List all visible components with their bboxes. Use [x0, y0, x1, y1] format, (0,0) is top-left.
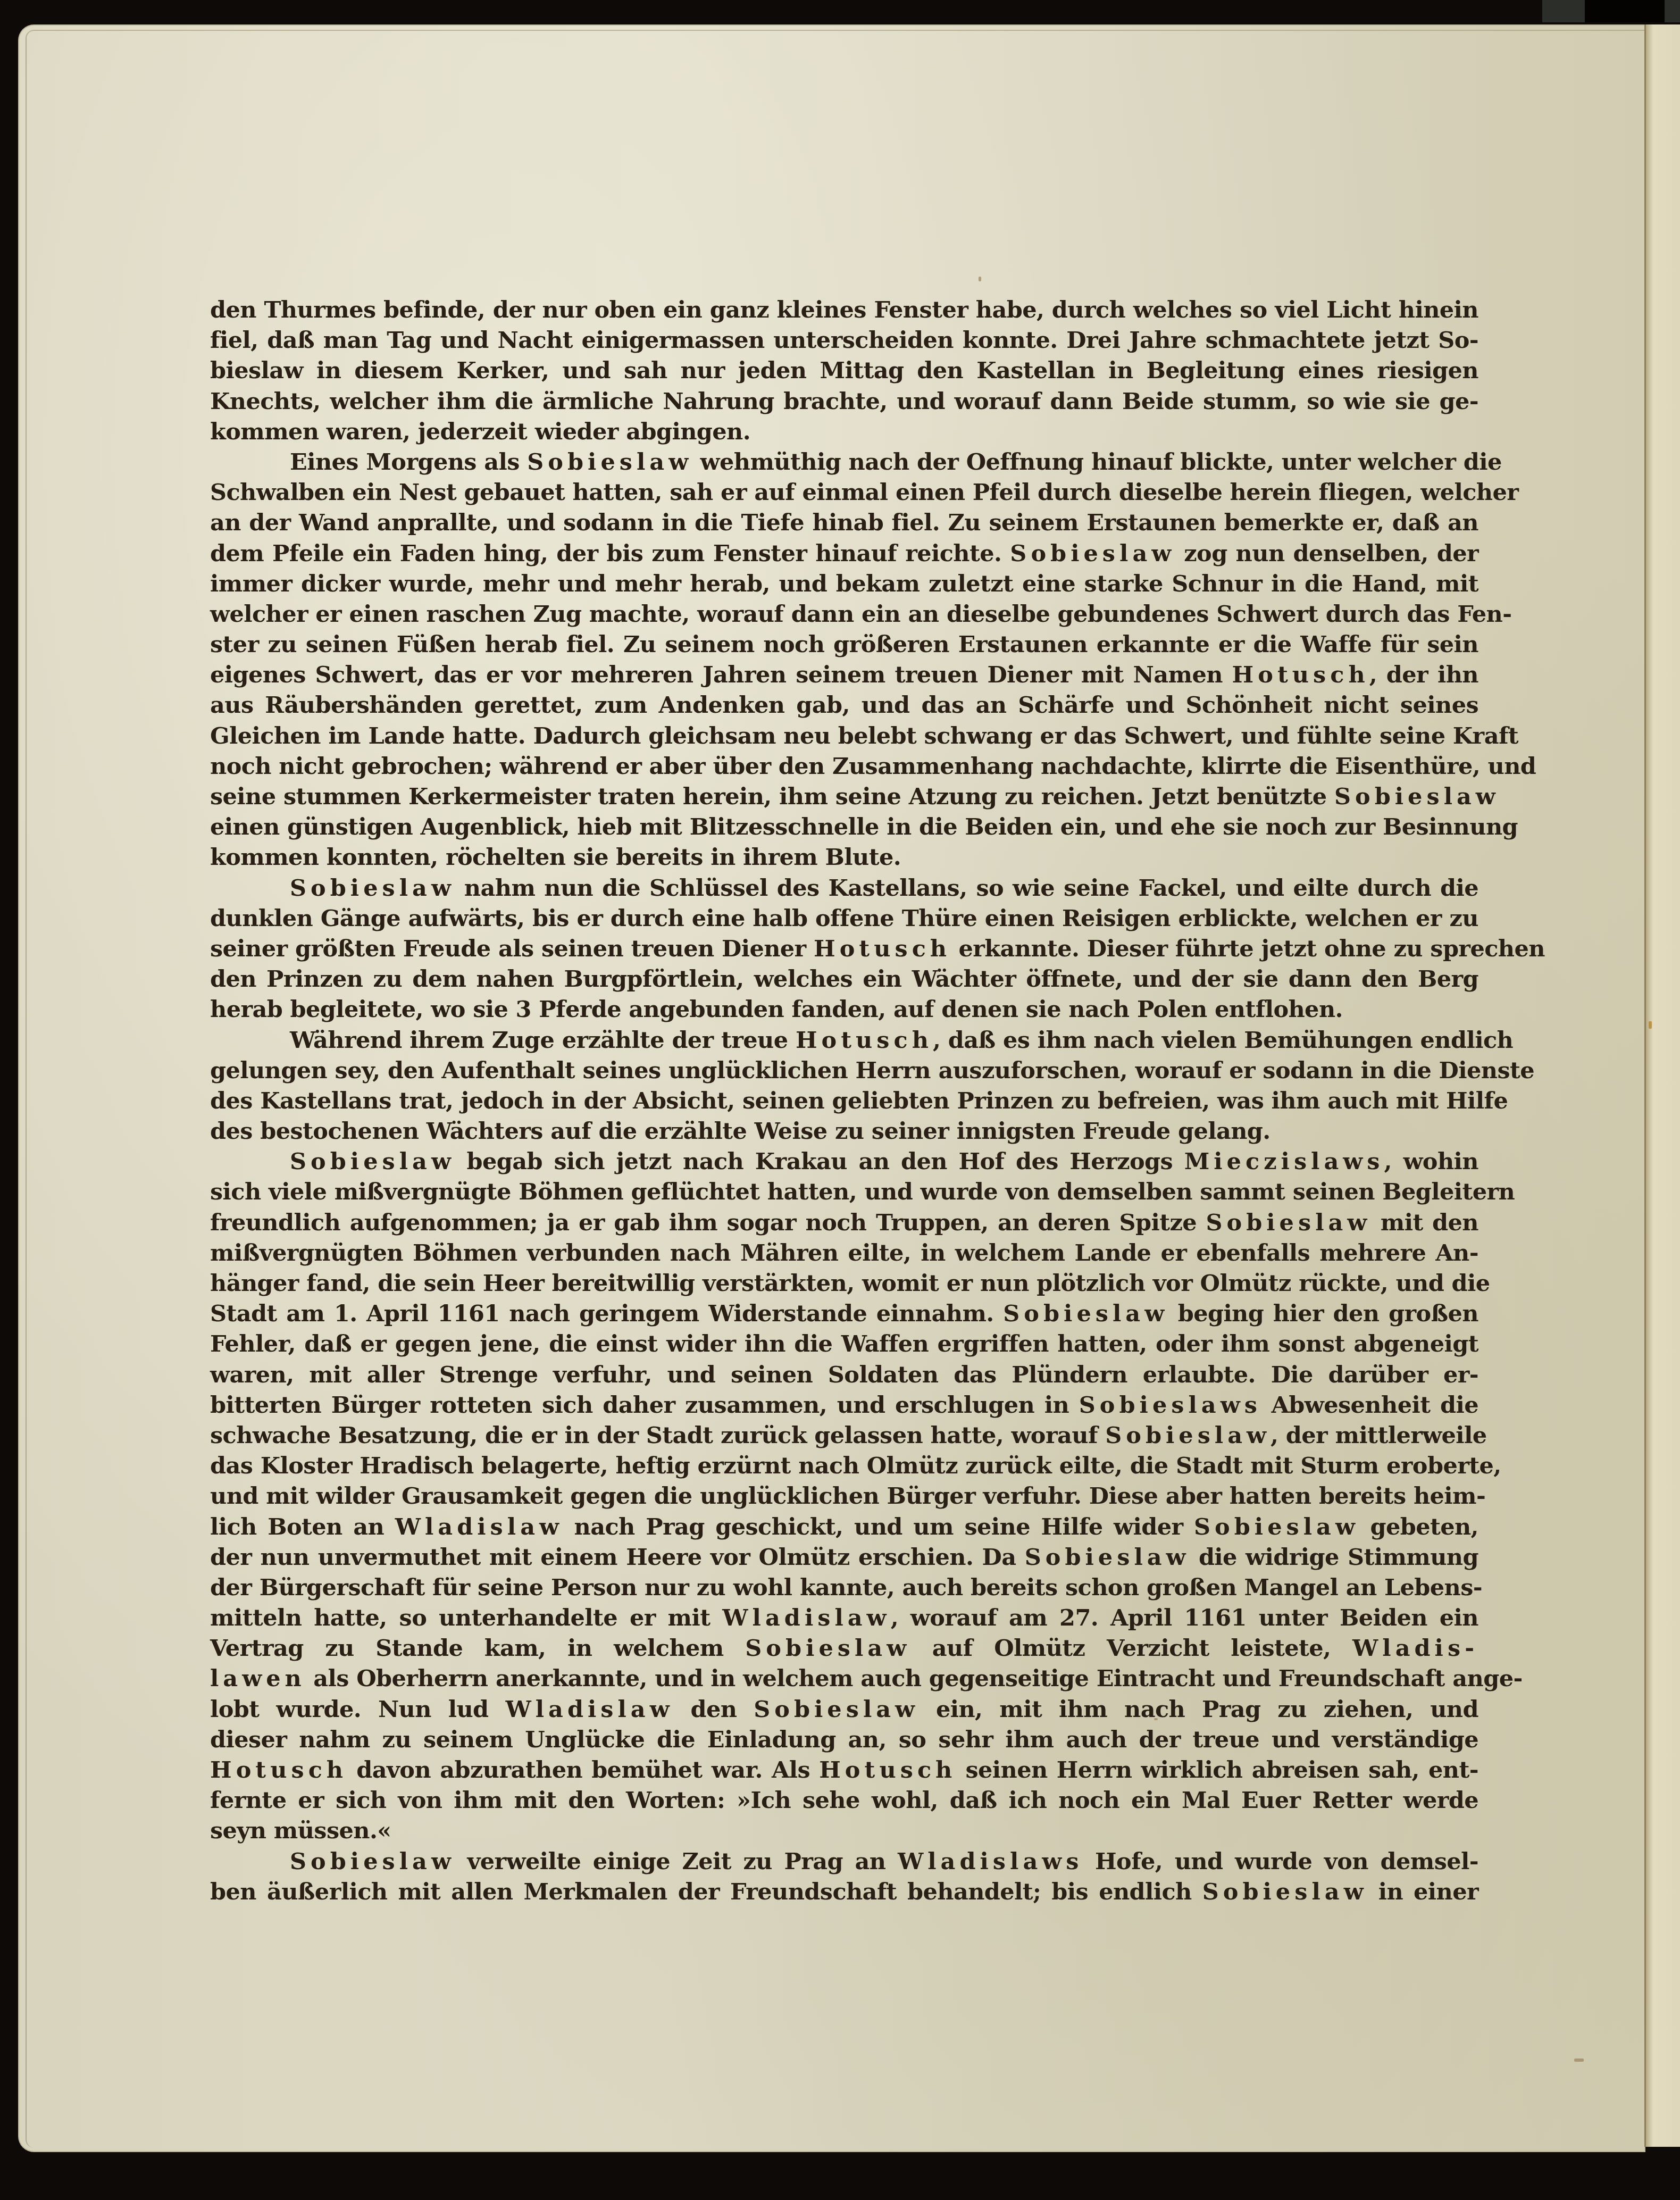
paragraph: Sobieslaw verweilte einige Zeit zu Prag … [210, 1847, 1478, 1907]
text-line: dieser nahm zu seinem Unglücke die Einla… [210, 1725, 1478, 1755]
text-line: an der Wand anprallte, und sodann in die… [210, 508, 1478, 538]
text-line: Schwalben ein Nest gebauet hatten, sah e… [210, 478, 1478, 508]
text-line: bieslaw in diesem Kerker, und sah nur je… [210, 356, 1478, 386]
paragraph: Während ihrem Zuge erzählte der treue Ho… [210, 1026, 1478, 1147]
text-line: seine stummen Kerkermeister traten herei… [210, 782, 1478, 812]
paragraph: den Thurmes befinde, der nur oben ein ga… [210, 295, 1478, 447]
emphasized-name: Hotusch [819, 1757, 956, 1784]
text-line: sich viele mißvergnügte Böhmen geflüchte… [210, 1177, 1478, 1207]
text-line: einen günstigen Augenblick, hieb mit Bli… [210, 812, 1478, 843]
body-text: den Thurmes befinde, der nur oben ein ga… [210, 295, 1478, 1907]
paper-speck [1574, 2059, 1584, 2062]
text-line: kommen konnten, röchelten sie bereits in… [210, 843, 1478, 873]
text-line: herab begleitete, wo sie 3 Pferde angebu… [210, 995, 1478, 1025]
text-line: kommen waren, jederzeit wieder abgingen. [210, 417, 1478, 447]
emphasized-name: Hotusch [210, 1757, 347, 1784]
paper-speck [979, 277, 981, 281]
text-line: des bestochenen Wächters auf die erzählt… [210, 1116, 1478, 1147]
text-line: seiner größten Freude als seinen treuen … [210, 934, 1478, 964]
text-line: waren, mit aller Strenge verfuhr, und se… [210, 1360, 1478, 1390]
emphasized-name: Sobieslaw [1206, 1210, 1371, 1236]
emphasized-name: Sobieslaw [527, 449, 692, 476]
text-line: das Kloster Hradisch belagerte, heftig e… [210, 1451, 1478, 1481]
emphasized-name: Mieczislaws [1184, 1148, 1384, 1175]
text-line: und mit wilder Grausamkeit gegen die ung… [210, 1481, 1478, 1512]
emphasized-name: Wladislaw [395, 1514, 563, 1540]
text-line: mitteln hatte, so unterhandelte er mit W… [210, 1603, 1478, 1634]
emphasized-name: Sobieslaws [1079, 1392, 1261, 1419]
paragraph: Eines Morgens als Sobieslaw wehmüthig na… [210, 447, 1478, 873]
emphasized-name: Wladis- [1352, 1635, 1478, 1662]
text-line: fernte er sich von ihm mit den Worten: »… [210, 1786, 1478, 1816]
emphasized-name: lawen [210, 1665, 306, 1692]
text-line: Knechts, welcher ihm die ärmliche Nahrun… [210, 387, 1478, 417]
emphasized-name: Hotusch [1232, 662, 1369, 688]
paragraph: Sobieslaw begab sich jetzt nach Krakau a… [210, 1147, 1478, 1846]
text-line: der nun unvermuthet mit einem Heere vor … [210, 1543, 1478, 1573]
text-line: schwache Besatzung, die er in der Stadt … [210, 1421, 1478, 1451]
emphasized-name: Sobieslaw [290, 1848, 455, 1875]
emphasized-name: Wladislaw [722, 1605, 890, 1631]
text-line: immer dicker wurde, mehr und mehr herab,… [210, 569, 1478, 599]
text-line: der Bürgerschaft für seine Person nur zu… [210, 1573, 1478, 1603]
emphasized-name: Wladislaws [898, 1848, 1083, 1875]
text-line: seyn müssen.« [210, 1816, 1478, 1846]
emphasized-name: Sobieslaw [1194, 1514, 1359, 1540]
text-line: Stadt am 1. April 1161 nach geringem Wid… [210, 1299, 1478, 1329]
paragraph: Sobieslaw nahm nun die Schlüssel des Kas… [210, 873, 1478, 1026]
emphasized-name: Sobieslaw [1010, 540, 1175, 567]
emphasized-name: Hotusch [796, 1027, 933, 1054]
text-line: bitterten Bürger rotteten sich daher zus… [210, 1390, 1478, 1421]
text-line: fiel, daß man Tag und Nacht einigermasse… [210, 326, 1478, 356]
emphasized-name: Sobieslaw [290, 1148, 455, 1175]
text-line: ben äußerlich mit allen Merkmalen der Fr… [210, 1877, 1478, 1907]
emphasized-name: Sobieslaw [1003, 1301, 1168, 1327]
text-line: des Kastellans trat, jedoch in der Absic… [210, 1086, 1478, 1116]
text-line: mißvergnügten Böhmen verbunden nach Mähr… [210, 1238, 1478, 1269]
text-line: Vertrag zu Stande kam, in welchem Sobies… [210, 1634, 1478, 1664]
text-line: den Prinzen zu dem nahen Burgpförtlein, … [210, 964, 1478, 995]
emphasized-name: Sobieslaw [1025, 1544, 1190, 1571]
text-line: dunklen Gänge aufwärts, bis er durch ein… [210, 904, 1478, 934]
scan-frame-shadow [1585, 0, 1665, 22]
text-line: freundlich aufgenommen; ja er gab ihm so… [210, 1208, 1478, 1238]
text-line: den Thurmes befinde, der nur oben ein ga… [210, 295, 1478, 326]
emphasized-name: Wladislaw [505, 1696, 673, 1723]
text-line: dem Pfeile ein Faden hing, der bis zum F… [210, 539, 1478, 569]
text-line: Fehler, daß er gegen jene, die einst wid… [210, 1329, 1478, 1360]
text-line: Sobieslaw begab sich jetzt nach Krakau a… [210, 1147, 1478, 1177]
paper-speck [1649, 1021, 1652, 1029]
emphasized-name: Sobieslaw [1105, 1422, 1271, 1449]
text-line: Während ihrem Zuge erzählte der treue Ho… [210, 1026, 1478, 1056]
text-line: ster zu seinen Füßen herab fiel. Zu sein… [210, 630, 1478, 660]
text-line: hänger fand, die sein Heer bereitwillig … [210, 1269, 1478, 1299]
scan-frame-edge [1542, 0, 1680, 22]
text-line: lich Boten an Wladislaw nach Prag geschi… [210, 1512, 1478, 1543]
text-line: Sobieslaw nahm nun die Schlüssel des Kas… [210, 873, 1478, 904]
text-line: Sobieslaw verweilte einige Zeit zu Prag … [210, 1847, 1478, 1877]
text-line: lawen als Oberherrn anerkannte, und in w… [210, 1664, 1478, 1694]
text-line: eigenes Schwert, das er vor mehreren Jah… [210, 660, 1478, 690]
text-line: noch nicht gebrochen; während er aber üb… [210, 752, 1478, 782]
text-line: lobt wurde. Nun lud Wladislaw den Sobies… [210, 1695, 1478, 1725]
next-page-edge [1644, 24, 1680, 2147]
text-line: Gleichen im Lande hatte. Dadurch gleichs… [210, 721, 1478, 752]
emphasized-name: Sobieslaw [1202, 1879, 1368, 1905]
text-line: aus Räubershänden gerettet, zum Andenken… [210, 690, 1478, 721]
text-line: welcher er einen raschen Zug machte, wor… [210, 599, 1478, 630]
emphasized-name: Sobieslaw [745, 1635, 910, 1662]
text-line: Hotusch davon abzurathen bemühet war. Al… [210, 1755, 1478, 1786]
text-line: gelungen sey, den Aufenthalt seines ungl… [210, 1056, 1478, 1086]
emphasized-name: Sobieslaw [290, 875, 455, 902]
emphasized-name: Hotusch [814, 936, 951, 962]
text-line: Eines Morgens als Sobieslaw wehmüthig na… [210, 447, 1478, 478]
emphasized-name: Sobieslaw [1334, 784, 1500, 810]
emphasized-name: Sobieslaw [754, 1696, 919, 1723]
